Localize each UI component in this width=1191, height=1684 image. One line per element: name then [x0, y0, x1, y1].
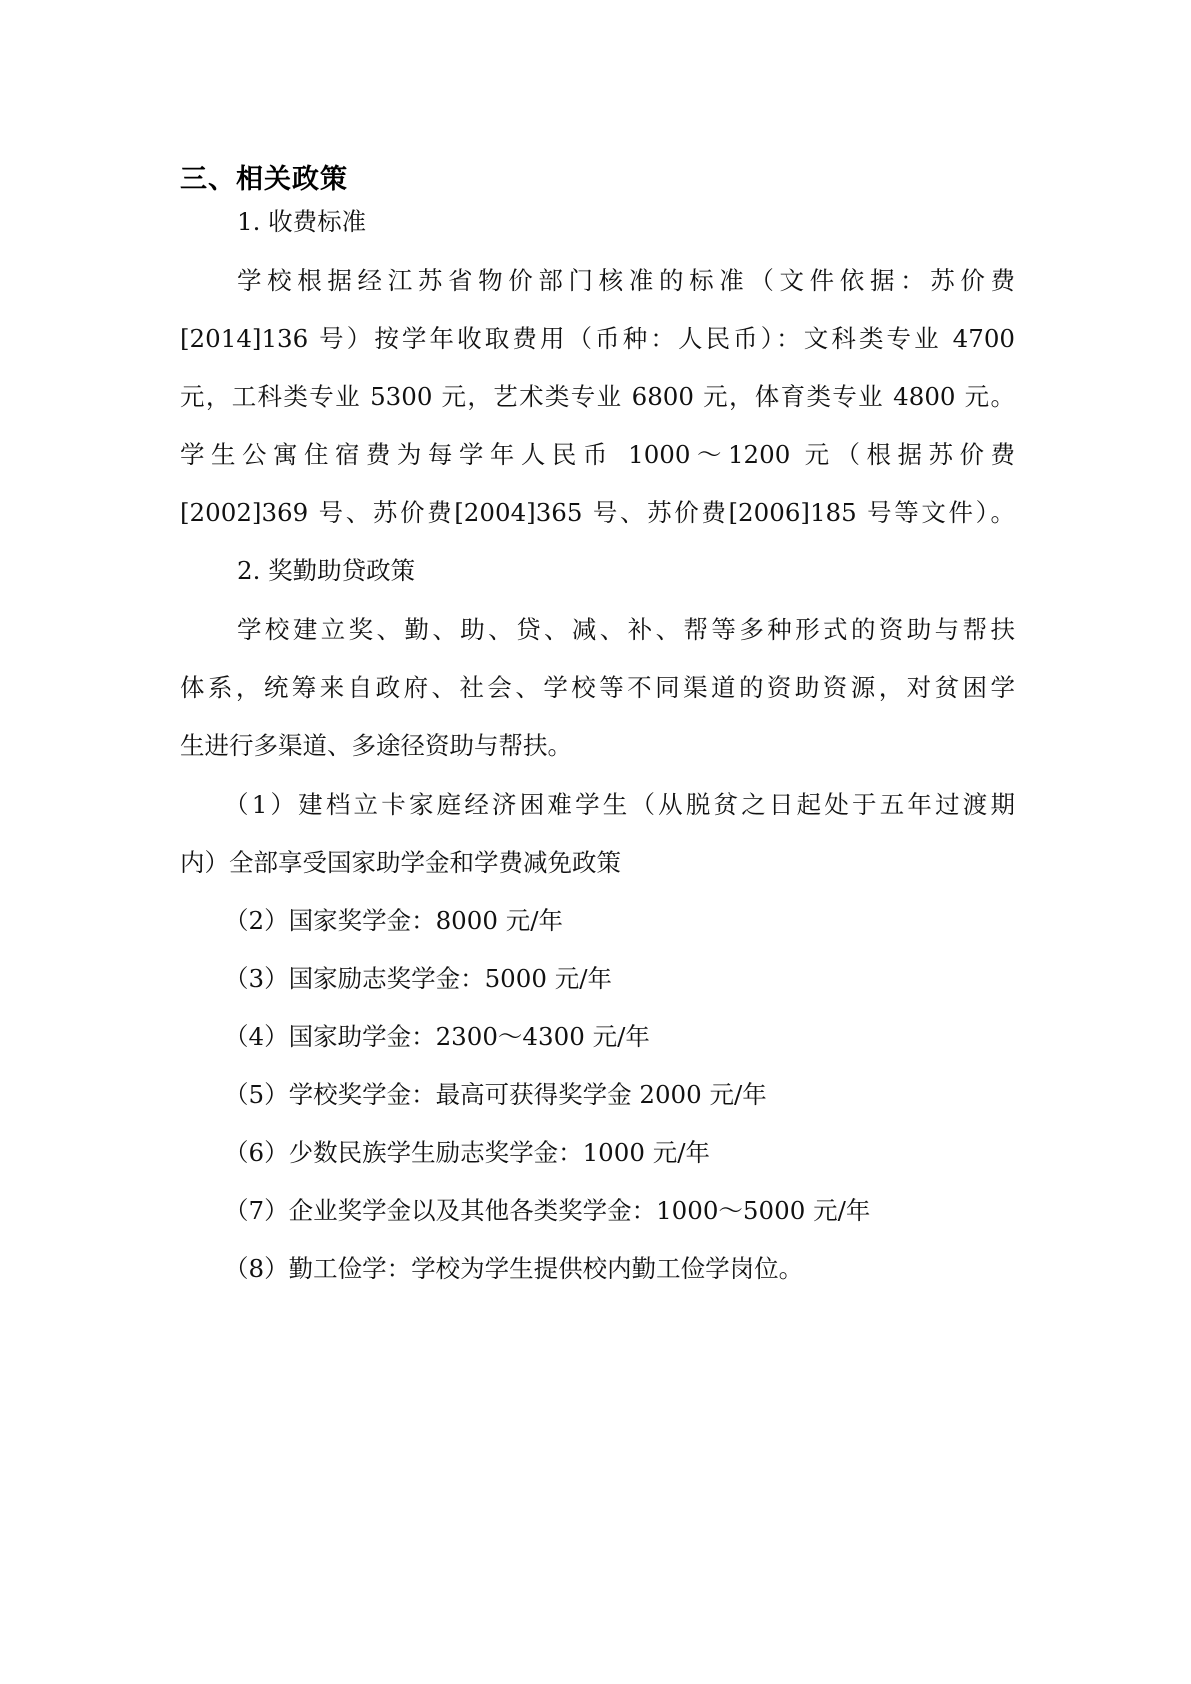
fees-paragraph-line-5: [2002]369 号、苏价费[2004]365 号、苏价费[2006]185 … — [180, 498, 1015, 528]
aid-intro-line-1: 学校建立奖、勤、助、贷、减、补、帮等多种形式的资助与帮扶 — [237, 615, 1015, 645]
fees-paragraph-line-4: 学生公寓住宿费为每学年人民币 1000～1200 元（根据苏价费 — [180, 440, 1015, 470]
aid-item-5: （5）学校奖学金：最高可获得奖学金 2000 元/年 — [224, 1080, 767, 1110]
aid-item-4: （4）国家助学金：2300～4300 元/年 — [224, 1022, 650, 1052]
aid-item-2: （2）国家奖学金：8000 元/年 — [224, 906, 563, 936]
aid-item-1-line-1: （1）建档立卡家庭经济困难学生（从脱贫之日起处于五年过渡期 — [224, 790, 1015, 820]
aid-item-3: （3）国家励志奖学金：5000 元/年 — [224, 964, 612, 994]
aid-item-1-line-2: 内）全部享受国家助学金和学费减免政策 — [180, 848, 621, 878]
aid-item-8: （8）勤工俭学：学校为学生提供校内勤工俭学岗位。 — [224, 1254, 803, 1284]
aid-intro-line-3: 生进行多渠道、多途径资助与帮扶。 — [180, 731, 572, 761]
aid-heading: 2. 奖勤助贷政策 — [237, 556, 415, 586]
fees-paragraph-line-3: 元，工科类专业 5300 元，艺术类专业 6800 元，体育类专业 4800 元… — [180, 382, 1015, 412]
fees-heading: 1. 收费标准 — [237, 207, 366, 237]
document-page: 三、相关政策 1. 收费标准 学校根据经江苏省物价部门核准的标准（文件依据：苏价… — [0, 0, 1191, 1684]
aid-intro-line-2: 体系，统筹来自政府、社会、学校等不同渠道的资助资源，对贫困学 — [180, 673, 1015, 703]
aid-item-7: （7）企业奖学金以及其他各类奖学金：1000～5000 元/年 — [224, 1196, 870, 1226]
section-title: 三、相关政策 — [180, 157, 348, 196]
fees-paragraph-line-1: 学校根据经江苏省物价部门核准的标准（文件依据：苏价费 — [237, 266, 1015, 296]
fees-paragraph-line-2: [2014]136 号）按学年收取费用（币种：人民币）：文科类专业 4700 — [180, 324, 1015, 354]
aid-item-6: （6）少数民族学生励志奖学金：1000 元/年 — [224, 1138, 710, 1168]
